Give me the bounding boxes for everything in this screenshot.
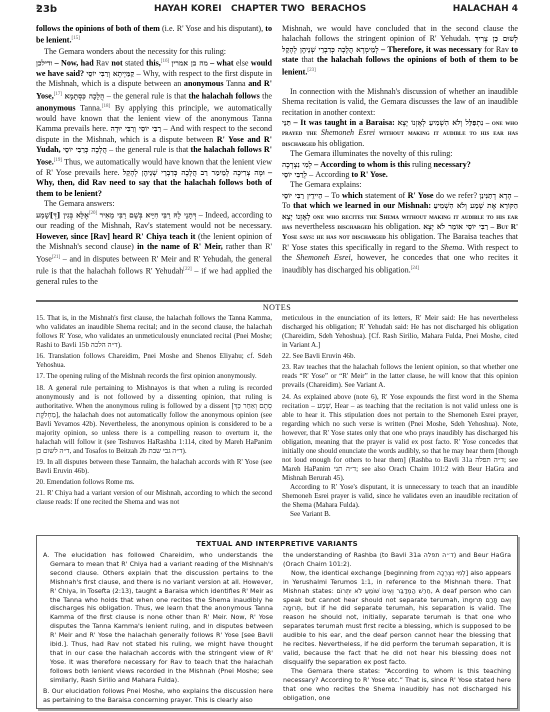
note-item: 16. Translation follows Chareidim, Pnei … — [36, 352, 272, 370]
footnote-ref[interactable]: [24] — [411, 266, 419, 271]
variant-item: The Gemara there states: “According to w… — [283, 668, 511, 704]
folio-number: 23b2 — [36, 4, 40, 16]
footnote-ref[interactable]: [15] — [72, 36, 80, 41]
main-paragraph: הֵיידֵין רַבִּי יוֹסֵי – To which statem… — [282, 191, 518, 276]
variants-left-column: A. The elucidation has followed Chareidi… — [43, 552, 273, 707]
variants-right-column: the understanding of Rashba (to Bavli 31… — [283, 552, 511, 703]
note-item: 22. See Bavli Eruvin 46b. — [282, 352, 518, 361]
footnote-ref[interactable]: [17] — [54, 92, 62, 97]
header-chapter-number: CHAPTER TWO — [231, 4, 305, 14]
main-paragraph: Mishnah, we would have concluded that in… — [282, 24, 518, 78]
notes-right-column: meticulous in the enunciation of its let… — [282, 314, 518, 521]
main-paragraph: ודילכן – Now, had Rav not stated this,[1… — [36, 57, 272, 199]
main-paragraph: The Gemara wonders about the necessity f… — [36, 47, 272, 57]
main-text-left-column: follows the opinions of both of them (i.… — [36, 24, 272, 287]
variant-item: the understanding of Rashba (to Bavli 31… — [283, 552, 511, 570]
main-paragraph: The Gemara illuminates the novelty of th… — [282, 149, 518, 159]
variant-item: Now, the identical exchange [beginning f… — [283, 570, 511, 668]
notes-heading: NOTES — [36, 303, 518, 312]
note-item: 18. A general rule pertaining to Mishnay… — [36, 384, 272, 456]
note-item: 20. Emendation follows Rome ms. — [36, 478, 272, 487]
footnote-ref[interactable]: [22] — [183, 267, 191, 272]
main-paragraph: אֶלָּא בְּגִין [דְּ]שָׁמַע[20] דְּתָנֵי … — [36, 209, 272, 287]
variants-heading: TEXTUAL AND INTERPRETIVE VARIANTS — [37, 540, 517, 548]
note-item: According to R' Yose's disputant, it is … — [282, 483, 518, 510]
note-item: See Variant B. — [282, 510, 518, 519]
note-item: 17. The opening ruling of the Mishnah re… — [36, 372, 272, 381]
footnote-ref[interactable]: [16] — [161, 59, 169, 64]
note-item: 23. Rav teaches that the halachah follow… — [282, 363, 518, 390]
note-item: 15. That is, in the Mishnah's first clau… — [36, 314, 272, 350]
note-item: 24. As explained above (note 6), R' Yose… — [282, 393, 518, 483]
footnote-ref[interactable]: [23] — [307, 68, 315, 73]
footnote-ref[interactable]: [21] — [52, 255, 60, 260]
main-paragraph: The Gemara explains: — [282, 180, 518, 190]
header-halachah: HALACHAH 4 — [453, 4, 518, 14]
main-paragraph: לְמִי נִצְרְכָה – According to whom is t… — [282, 160, 518, 181]
main-paragraph: In connection with the Mishnah's discuss… — [282, 87, 518, 118]
notes-left-column: 15. That is, in the Mishnah's first clau… — [36, 314, 272, 509]
note-item: meticulous in the enunciation of its let… — [282, 314, 518, 350]
variants-box: TEXTUAL AND INTERPRETIVE VARIANTS A. The… — [36, 535, 518, 709]
variant-item: A. The elucidation has followed Chareidi… — [43, 552, 273, 686]
footnote-ref[interactable]: [18] — [102, 104, 110, 109]
footnote-ref[interactable]: [19] — [54, 158, 62, 163]
note-item: 19. In all disputes between these Tannai… — [36, 458, 272, 476]
footnote-ref[interactable]: [20] — [89, 211, 97, 216]
note-item: 21. R' Chiya had a variant version of ou… — [36, 489, 272, 507]
talmud-page: 23b2 HAYAH KOREI CHAPTER TWO BERACHOS HA… — [0, 0, 550, 712]
main-text-right-column: Mishnah, we would have concluded that in… — [282, 24, 518, 276]
variant-item: B. Our elucidation follows Pnei Moshe, w… — [43, 688, 273, 706]
notes-divider — [36, 300, 518, 302]
main-paragraph: follows the opinions of both of them (i.… — [36, 24, 272, 47]
header-tractate: BERACHOS — [311, 4, 366, 14]
header-chapter-name: HAYAH KOREI — [154, 4, 222, 14]
main-paragraph: תַּנֵּי – It was taught in a Baraisa: נִ… — [282, 118, 518, 149]
main-paragraph: The Gemara answers: — [36, 199, 272, 209]
running-header: 23b2 HAYAH KOREI CHAPTER TWO BERACHOS HA… — [36, 4, 518, 18]
